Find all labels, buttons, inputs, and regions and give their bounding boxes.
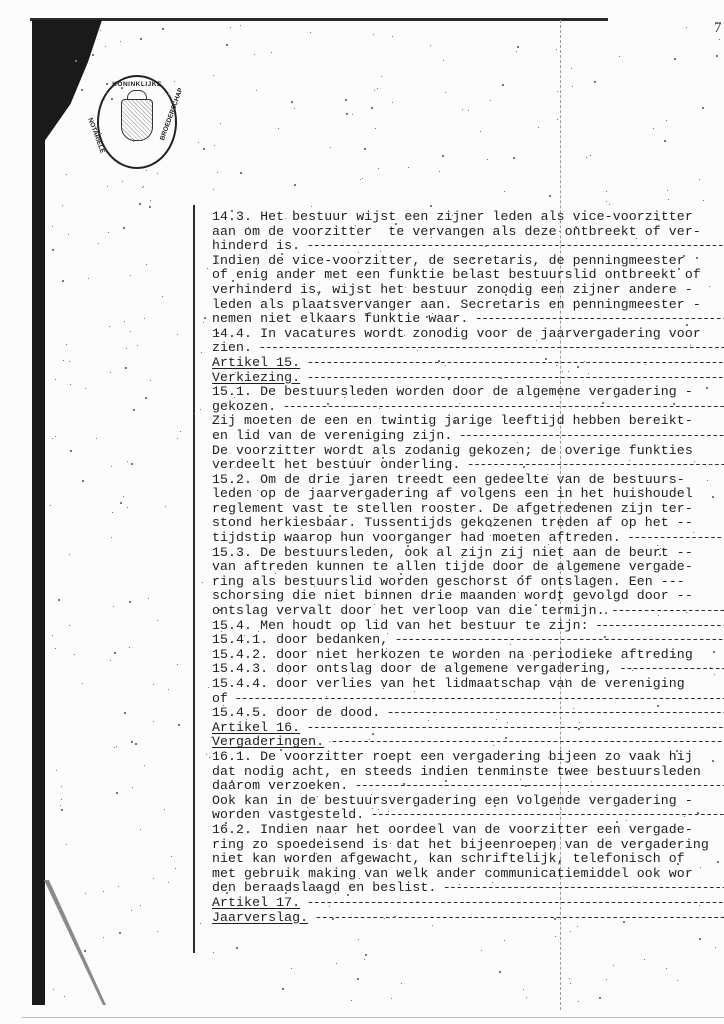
line-text: of (212, 691, 228, 706)
fill-dashes: ----------------------------------------… (380, 705, 724, 720)
line-text: zien. (212, 340, 252, 355)
text-line: aan om de voorzitter te vervangen als de… (212, 225, 724, 240)
scanned-page: 7 KONINKLIJKE NOTARIËLE BROEDERSCHAP 14.… (0, 0, 724, 1024)
line-text: of enig ander met een funktie belast bes… (212, 267, 701, 282)
line-text: 15.1. De bestuursleden worden door de al… (212, 384, 693, 399)
line-text: verhinderd is, wijst het bestuur zonodig… (212, 282, 693, 297)
text-line: 15.4.2. door niet herkozen te worden na … (212, 648, 724, 663)
line-text: Verkiezing. (212, 370, 300, 385)
line-text: 15.4. Men houdt op lid van het bestuur t… (212, 618, 589, 633)
line-text: 14.3. Het bestuur wijst een zijner leden… (212, 210, 693, 224)
line-text: Vergaderingen. (212, 734, 324, 749)
heading-line: Artikel 16. ----------------------------… (212, 721, 724, 736)
line-text: den beraadslaagd en beslist. (212, 880, 436, 895)
text-line: Ook kan in de bestuursvergadering een vo… (212, 794, 724, 809)
fill-dashes: ----------------------------------------… (460, 457, 724, 472)
fill-dashes: ----------------------------------------… (276, 399, 724, 414)
line-text: Artikel 16. (212, 720, 300, 735)
text-line: 15.4.5. door de dood. ------------------… (212, 706, 724, 721)
notary-seal-stamp: KONINKLIJKE NOTARIËLE BROEDERSCHAP (97, 75, 177, 169)
heading-line: Vergaderingen. -------------------------… (212, 735, 724, 750)
line-text: aan om de voorzitter te vervangen als de… (212, 224, 701, 239)
fill-dashes: ----------------------------------------… (613, 661, 724, 676)
line-text: 16.2. Indien naar het oordeel van de voo… (212, 822, 693, 837)
fill-dashes: ----------------------------------------… (605, 603, 724, 618)
text-line: leden op de jaarvergadering af volgens e… (212, 487, 724, 502)
fill-dashes: ----------------------------------------… (324, 734, 724, 749)
text-line: 16.2. Indien naar het oordeel van de voo… (212, 823, 724, 838)
line-text: Ook kan in de bestuursvergadering een vo… (212, 793, 693, 808)
top-edge-rule (30, 18, 608, 21)
text-line: worden vastgesteld. --------------------… (212, 808, 724, 823)
text-line: 15.1. De bestuursleden worden door de al… (212, 385, 724, 400)
fill-dashes: ----------------------------------------… (300, 720, 724, 735)
text-line: gekozen. -------------------------------… (212, 400, 724, 415)
text-line: tijdstip waarop hun voorganger had moete… (212, 531, 724, 546)
text-line: zien. ----------------------------------… (212, 341, 724, 356)
fill-dashes: ----------------------------------------… (308, 910, 724, 925)
document-body: 14.3. Het bestuur wijst een zijner leden… (212, 210, 724, 925)
scan-shadow-bottom (44, 880, 106, 1005)
fill-dashes: ----------------------------------------… (228, 691, 724, 706)
text-line: of -------------------------------------… (212, 692, 724, 707)
line-text: 15.4.5. door de dood. (212, 705, 380, 720)
line-text: worden vastgesteld. (212, 807, 364, 822)
text-line: dat nodig acht, en steeds indien tenmins… (212, 765, 724, 780)
text-line: ring als bestuurslid worden geschorst of… (212, 575, 724, 590)
text-line: Indien de vice-voorzitter, de secretaris… (212, 254, 724, 269)
line-text: 15.4.3. door ontslag door de algemene ve… (212, 661, 613, 676)
text-line: 16.1. De voorzitter roept een vergaderin… (212, 750, 724, 765)
line-text: 15.4.4. door verlies van het lidmaatscha… (212, 676, 685, 691)
line-text: tijdstip waarop hun voorganger had moete… (212, 530, 621, 545)
text-line: van aftreden kunnen te allen tijde door … (212, 560, 724, 575)
text-line: met gebruik making van welk ander commun… (212, 867, 724, 882)
text-line: 14.4. In vacatures wordt zonodig voor de… (212, 327, 724, 342)
line-text: Artikel 17. (212, 895, 300, 910)
heading-line: Artikel 15. ----------------------------… (212, 356, 724, 371)
text-line: stond herkiesbaar. Tussentijds gekozenen… (212, 516, 724, 531)
fill-dashes: ----------------------------------------… (621, 530, 724, 545)
text-line: reglement vast te stellen rooster. De af… (212, 502, 724, 517)
line-text: 15.3. De bestuursleden, ook al zijn zij … (212, 545, 693, 560)
line-text: 15.4.1. door bedanken, (212, 632, 388, 647)
line-text: nemen niet elkaars funktie waar. (212, 311, 468, 326)
line-text: stond herkiesbaar. Tussentijds gekozenen… (212, 515, 693, 530)
fill-dashes: ----------------------------------------… (252, 340, 724, 355)
fill-dashes: ----------------------------------------… (300, 895, 724, 910)
line-text: De voorzitter wordt als zodanig gekozen;… (212, 443, 693, 458)
bottom-edge-rule (22, 1017, 724, 1018)
text-line: 14.3. Het bestuur wijst een zijner leden… (212, 210, 724, 225)
heading-line: Jaarverslag. ---------------------------… (212, 911, 724, 926)
line-text: en lid van de vereniging zijn. (212, 428, 452, 443)
text-line: leden als plaatsvervanger aan. Secretari… (212, 298, 724, 313)
text-line: en lid van de vereniging zijn. ---------… (212, 429, 724, 444)
line-text: ontslag vervalt door het verloop van die… (212, 603, 605, 618)
text-line: niet kan worden afgewacht, kan schriftel… (212, 852, 724, 867)
scan-left-edge (32, 20, 45, 1005)
text-line: 15.4.3. door ontslag door de algemene ve… (212, 662, 724, 677)
line-text: van aftreden kunnen te allen tijde door … (212, 559, 693, 574)
text-line: hinderd is. ----------------------------… (212, 239, 724, 254)
text-line: of enig ander met een funktie belast bes… (212, 268, 724, 283)
text-line: 15.2. Om de drie jaren treedt een gedeel… (212, 473, 724, 488)
text-line: verdeelt het bestuur onderling. --------… (212, 458, 724, 473)
fill-dashes: ----------------------------------------… (300, 370, 724, 385)
line-text: Zij moeten de een en twintig jarige leef… (212, 413, 693, 428)
text-line: 15.4.1. door bedanken, -----------------… (212, 633, 724, 648)
line-text: Artikel 15. (212, 355, 300, 370)
line-text: 15.2. Om de drie jaren treedt een gedeel… (212, 472, 685, 487)
text-line: nemen niet elkaars funktie waar. -------… (212, 312, 724, 327)
line-text: ring als bestuurslid worden geschorst of… (212, 574, 685, 589)
line-text: 16.1. De voorzitter roept een vergaderin… (212, 749, 693, 764)
text-line: daarom verzoeken. ----------------------… (212, 779, 724, 794)
fill-dashes: ----------------------------------------… (364, 807, 724, 822)
text-line: schorsing die niet binnen drie maanden w… (212, 589, 724, 604)
heading-line: Verkiezing. ----------------------------… (212, 371, 724, 386)
line-text: hinderd is. (212, 238, 300, 253)
text-line: den beraadslaagd en beslist. -----------… (212, 881, 724, 896)
line-text: leden op de jaarvergadering af volgens e… (212, 486, 693, 501)
line-text: reglement vast te stellen rooster. De af… (212, 501, 693, 516)
line-text: schorsing die niet binnen drie maanden w… (212, 588, 693, 603)
line-text: ring zo spoedeisend is dat het bijeenroe… (212, 837, 709, 852)
fill-dashes: ----------------------------------------… (348, 778, 724, 793)
heading-line: Artikel 17. ----------------------------… (212, 896, 724, 911)
coat-of-arms-icon (121, 99, 153, 141)
text-line: Zij moeten de een en twintig jarige leef… (212, 414, 724, 429)
text-line: verhinderd is, wijst het bestuur zonodig… (212, 283, 724, 298)
line-text: gekozen. (212, 399, 276, 414)
text-line: De voorzitter wordt als zodanig gekozen;… (212, 444, 724, 459)
fill-dashes: ----------------------------------------… (452, 428, 724, 443)
line-text: 15.4.2. door niet herkozen te worden na … (212, 647, 693, 662)
seal-left-text: NOTARIËLE (86, 117, 105, 154)
margin-rule (193, 205, 195, 953)
fill-dashes: ----------------------------------------… (300, 355, 724, 370)
text-line: ring zo spoedeisend is dat het bijeenroe… (212, 838, 724, 853)
seal-top-text: KONINKLIJKE (103, 81, 171, 88)
line-text: dat nodig acht, en steeds indien tenmins… (212, 764, 701, 779)
line-text: Jaarverslag. (212, 910, 308, 925)
text-line: 15.4.4. door verlies van het lidmaatscha… (212, 677, 724, 692)
line-text: niet kan worden afgewacht, kan schriftel… (212, 851, 685, 866)
fill-dashes: ----------------------------------------… (589, 618, 724, 633)
fill-dashes: ----------------------------------------… (436, 880, 724, 895)
text-line: ontslag vervalt door het verloop van die… (212, 604, 724, 619)
fill-dashes: ----------------------------------------… (388, 632, 724, 647)
line-text: met gebruik making van welk ander commun… (212, 866, 693, 881)
text-line: 15.3. De bestuursleden, ook al zijn zij … (212, 546, 724, 561)
seal-right-text: BROEDERSCHAP (159, 87, 184, 141)
text-line: 15.4. Men houdt op lid van het bestuur t… (212, 619, 724, 634)
fill-dashes: ----------------------------------------… (300, 238, 724, 253)
line-text: leden als plaatsvervanger aan. Secretari… (212, 297, 701, 312)
page-number: 7 (714, 20, 722, 37)
line-text: verdeelt het bestuur onderling. (212, 457, 460, 472)
line-text: 14.4. In vacatures wordt zonodig voor de… (212, 326, 701, 341)
